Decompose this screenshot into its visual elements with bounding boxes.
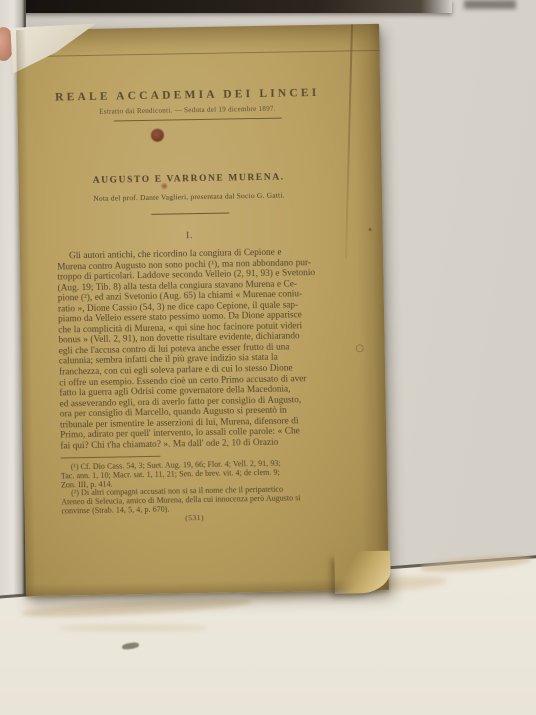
masthead-subtitle: Estratto dai Rendiconti. — Seduta del 19… [27, 103, 347, 117]
booklet-cover: REALE ACCADEMIA DEI LINCEI Estratto dai … [16, 24, 389, 596]
masthead-rule [114, 118, 282, 122]
top-shadow-strip [0, 0, 452, 13]
section-divider-rule [151, 213, 229, 215]
section-numeral: I. [30, 227, 350, 243]
top-right-shadow [464, 0, 516, 9]
article-title: AUGUSTO E VARRONE MURENA. [29, 171, 349, 187]
photo-scene: REALE ACCADEMIA DEI LINCEI Estratto dai … [0, 0, 536, 715]
article-byline: Nota del prof. Dante Vaglieri, presentat… [29, 189, 349, 204]
footnotes: (¹) Cf. Dio Cass. 54, 3; Suet. Aug. 19, … [61, 458, 378, 516]
rust-stain-large [151, 129, 164, 142]
masthead-title: REALE ACCADEMIA DEI LINCEI [27, 86, 347, 104]
ink-speck [369, 228, 372, 231]
shelf-smudge [58, 624, 208, 632]
right-crease-line [345, 24, 353, 259]
body-text: Gli autori antichi, che ricordino la con… [57, 246, 376, 452]
footnote-rule [61, 456, 161, 459]
